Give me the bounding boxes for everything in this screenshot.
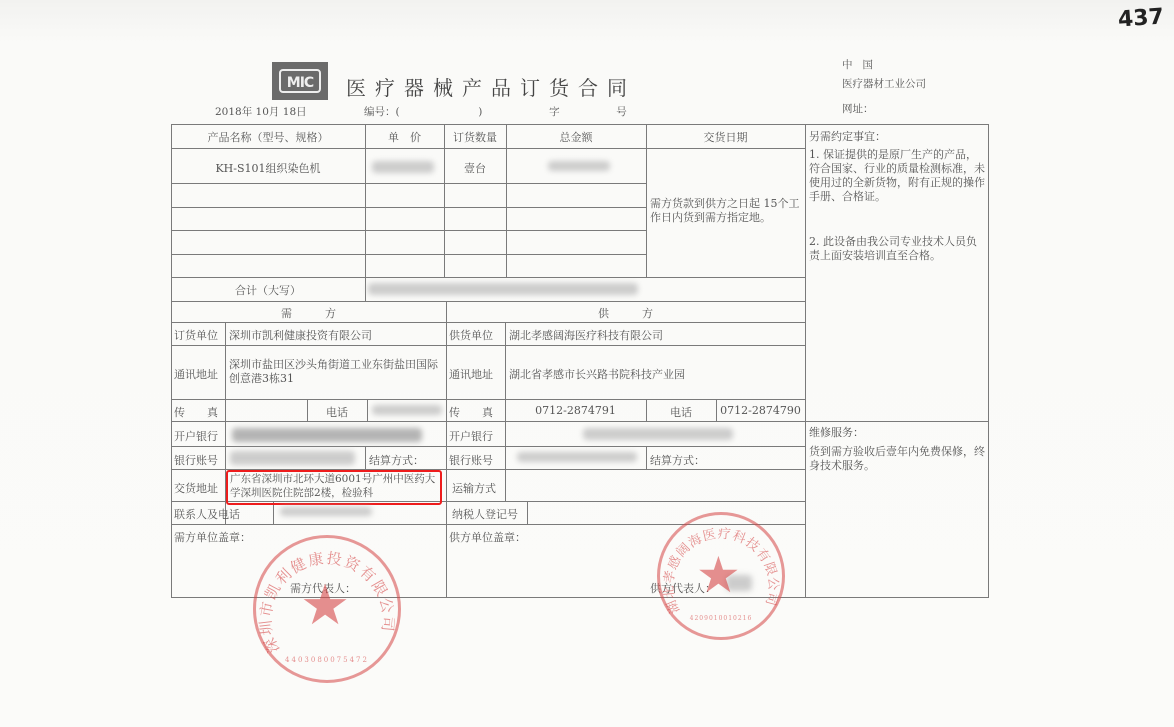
other-terms-item-1: 1. 保证提供的是原厂生产的产品，符合国家、行业的质量检测标准，未使用过的全新货… xyxy=(809,148,985,204)
serial-label: 编号：( xyxy=(364,104,400,119)
delivery-date-text: 需方货款到供方之日起 15个工作日内货到需方指定地。 xyxy=(650,197,802,225)
buyer-account-label: 银行账号 xyxy=(174,452,218,468)
buyer-phone-label: 电话 xyxy=(307,404,367,420)
col-header-delivery-date: 交货日期 xyxy=(646,129,805,145)
serial-hao: 号 xyxy=(616,104,627,119)
tax-id-label: 纳税人登记号 xyxy=(452,506,518,522)
buyer-address: 深圳市盐田区沙头角街道工业东街盐田国际创意港3栋31 xyxy=(229,358,443,386)
total-label: 合计（大写） xyxy=(171,282,365,298)
serial-zi: 字 xyxy=(549,104,560,119)
supplier-unit: 湖北孝感阔海医疗科技有限公司 xyxy=(509,327,663,343)
supplier-address-label: 通讯地址 xyxy=(449,366,493,382)
svg-text:深圳市凯利健康投资有限公司: 深圳市凯利健康投资有限公司 xyxy=(256,549,397,656)
supplier-stamp-text: 湖北孝感阔海医疗科技有限公司 xyxy=(661,527,780,616)
org-website-label: 网址： xyxy=(842,101,874,116)
maintenance-title: 维修服务： xyxy=(809,424,864,440)
buyer-section-title: 需 方 xyxy=(171,305,446,321)
buyer-phone-redacted xyxy=(372,405,442,415)
buyer-settlement-label: 结算方式： xyxy=(369,452,424,468)
product-name: KH-S101组织染色机 xyxy=(171,160,365,176)
contract-date: 2018年 10月 18日 xyxy=(215,104,307,119)
other-terms-title: 另需约定事宜： xyxy=(809,128,886,144)
org-name: 医疗器材工业公司 xyxy=(842,76,926,91)
col-header-product-name: 产品名称（型号、规格） xyxy=(171,129,365,145)
svg-text:湖北孝感阔海医疗科技有限公司: 湖北孝感阔海医疗科技有限公司 xyxy=(661,527,780,616)
buyer-fax-label: 传 真 xyxy=(174,404,218,420)
buyer-bank-redacted xyxy=(232,428,422,442)
buyer-stamp-text: 深圳市凯利健康投资有限公司 xyxy=(256,549,397,656)
highlight-box xyxy=(226,470,442,505)
supplier-bank-label: 开户银行 xyxy=(449,428,493,444)
supplier-company-stamp: ★ 湖北孝感阔海医疗科技有限公司 4209010010216 xyxy=(657,512,785,640)
buyer-contact-label: 联系人及电话 xyxy=(174,506,240,522)
col-header-quantity: 订货数量 xyxy=(444,129,506,145)
buyer-order-unit-label: 订货单位 xyxy=(174,327,218,343)
supplier-phone: 0712-2874790 xyxy=(716,404,805,417)
supplier-section-title: 供 方 xyxy=(446,305,805,321)
other-terms-item-2: 2. 此设备由我公司专业技术人员负责上面安装培训直至合格。 xyxy=(809,235,985,263)
supplier-account-redacted xyxy=(517,452,637,462)
serial-close: ) xyxy=(478,106,482,118)
supplier-stamp-code: 4209010010216 xyxy=(660,615,782,622)
contract-title: 医疗器械产品订货合同 xyxy=(346,72,636,101)
supplier-phone-label: 电话 xyxy=(646,404,716,420)
buyer-address-label: 通讯地址 xyxy=(174,366,218,382)
buyer-account-redacted xyxy=(230,451,355,465)
quantity: 壹台 xyxy=(444,160,506,176)
handwritten-page-number: 437 xyxy=(1117,4,1165,32)
col-header-total: 总金额 xyxy=(506,129,646,145)
serial-number: 编号：( ) 字 号 xyxy=(364,104,627,119)
supplier-fax-label: 传 真 xyxy=(449,404,493,420)
buyer-order-unit: 深圳市凯利健康投资有限公司 xyxy=(229,327,372,343)
supplier-settlement-label: 结算方式： xyxy=(650,452,705,468)
buyer-stamp-code: 4403080075472 xyxy=(256,656,398,664)
supplier-fax: 0712-2874791 xyxy=(505,404,646,417)
col-header-unit-price: 单 价 xyxy=(365,129,444,145)
supplier-seal-label: 供方单位盖章： xyxy=(449,529,526,545)
buyer-company-stamp: ★ 深圳市凯利健康投资有限公司 4403080075472 xyxy=(253,535,401,683)
supplier-unit-label: 供货单位 xyxy=(449,327,493,343)
maintenance-text: 货到需方验收后壹年内免费保修，终身技术服务。 xyxy=(809,445,985,473)
total-amount-redacted xyxy=(368,283,638,295)
buyer-seal-label: 需方单位盖章： xyxy=(174,529,251,545)
supplier-address: 湖北省孝感市长兴路书院科技产业园 xyxy=(509,366,685,382)
buyer-contact-redacted xyxy=(280,507,372,516)
supplier-bank-redacted xyxy=(583,428,733,440)
transport-label: 运输方式 xyxy=(452,480,496,496)
org-country: 中国 xyxy=(842,57,883,72)
mic-logo-text: MIC xyxy=(279,69,321,93)
total-redacted xyxy=(548,161,610,171)
buyer-bank-label: 开户银行 xyxy=(174,428,218,444)
unit-price-redacted xyxy=(372,161,434,173)
supplier-account-label: 银行账号 xyxy=(449,452,493,468)
buyer-delivery-address-label: 交货地址 xyxy=(174,480,218,496)
contract-page: 437 MIC 医疗器械产品订货合同 2018年 10月 18日 编号：( ) … xyxy=(0,0,1174,727)
mic-logo: MIC xyxy=(272,62,328,100)
